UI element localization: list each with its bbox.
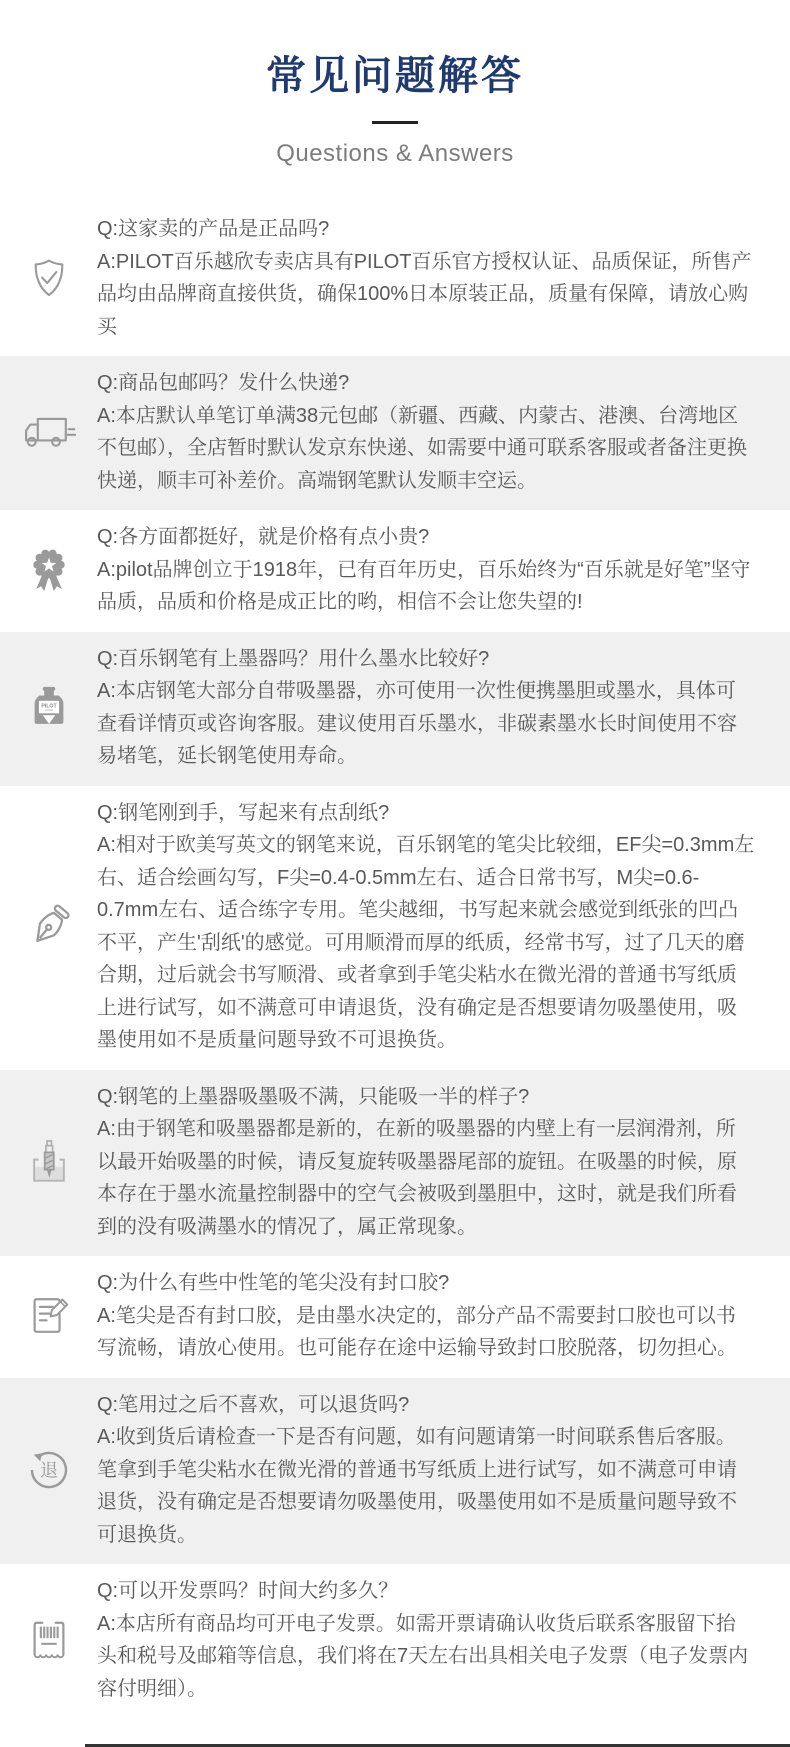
faq-answer: A:本店所有商品均可开电子发票。如需开票请确认收货后联系客服留下抬头和税号及邮箱…: [97, 1608, 755, 1706]
title-divider: [372, 121, 418, 124]
faq-question: Q:笔用过之后不喜欢，可以退货吗?: [97, 1389, 755, 1422]
svg-text:PILOT: PILOT: [41, 703, 57, 709]
faq-item: PILOT Q:百乐钢笔有上墨器吗？用什么墨水比较好? A:本店钢笔大部分自带吸…: [0, 632, 790, 786]
ink-converter-icon: [26, 1138, 72, 1186]
faq-item: Q:钢笔的上墨器吸墨吸不满，只能吸一半的样子? A:由于钢笔和吸墨器都是新的，在…: [0, 1070, 790, 1257]
faq-question: Q:百乐钢笔有上墨器吗？用什么墨水比较好?: [97, 643, 755, 676]
shield-check-icon: [27, 255, 71, 301]
faq-item: Q:商品包邮吗？发什么快递? A:本店默认单笔订单满38元包邮（新疆、西藏、内蒙…: [0, 356, 790, 510]
faq-question: Q:商品包邮吗？发什么快递?: [97, 367, 755, 400]
faq-answer: A:本店默认单笔订单满38元包邮（新疆、西藏、内蒙古、港澳、台湾地区不包邮），全…: [97, 400, 755, 498]
faq-answer: A:本店钢笔大部分自带吸墨器，亦可使用一次性便携墨胆或墨水，具体可查看详情页或咨…: [97, 675, 755, 773]
faq-answer: A:收到货后请检查一下是否有问题，如有问题请第一时间联系售后客服。笔拿到手笔尖粘…: [97, 1421, 755, 1551]
faq-answer: A:pilot品牌创立于1918年，已有百年历史，百乐始终为“百乐就是好笔”坚守…: [97, 554, 755, 619]
header-spacer: [0, 168, 790, 202]
faq-item: 退 Q:笔用过之后不喜欢，可以退货吗? A:收到货后请检查一下是否有问题，如有问…: [0, 1378, 790, 1565]
faq-item: Q:为什么有些中性笔的笔尖没有封口胶? A:笔尖是否有封口胶，是由墨水决定的，部…: [0, 1256, 790, 1378]
faq-question: Q:各方面都挺好，就是价格有点小贵?: [97, 521, 755, 554]
page-title: 常见问题解答: [0, 44, 790, 101]
faq-item: Q:钢笔刚到手，写起来有点刮纸? A:相对于欧美写英文的钢笔来说，百乐钢笔的笔尖…: [0, 786, 790, 1070]
faq-question: Q:钢笔的上墨器吸墨吸不满，只能吸一半的样子?: [97, 1081, 755, 1114]
faq-question: Q:钢笔刚到手，写起来有点刮纸?: [97, 797, 755, 830]
receipt-icon: [26, 1617, 72, 1663]
ink-bottle-icon: PILOT: [26, 684, 72, 732]
faq-page: 常见问题解答 Questions & Answers Q:这家卖的产品是正品吗?…: [0, 0, 790, 1747]
faq-answer: A:由于钢笔和吸墨器都是新的，在新的吸墨器的内壁上有一层润滑剂，所以最开始吸墨的…: [97, 1113, 755, 1243]
note-edit-icon: [26, 1293, 72, 1339]
faq-item: Q:这家卖的产品是正品吗? A:PILOT百乐越欣专卖店具有PILOT百乐官方授…: [0, 202, 790, 356]
faq-question: Q:可以开发票吗？时间大约多久？: [97, 1575, 755, 1608]
faq-question: Q:这家卖的产品是正品吗?: [97, 213, 755, 246]
page-subtitle: Questions & Answers: [0, 140, 790, 168]
delivery-truck-icon: [21, 411, 77, 453]
page-header: 常见问题解答 Questions & Answers: [0, 0, 790, 202]
pen-nib-icon: [25, 903, 73, 951]
return-icon: 退: [25, 1446, 73, 1494]
medal-icon: [26, 546, 72, 594]
faq-answer: A:相对于欧美写英文的钢笔来说，百乐钢笔的笔尖比较细，EF尖=0.3mm左右、适…: [97, 829, 755, 1057]
faq-answer: A:笔尖是否有封口胶，是由墨水决定的，部分产品不需要封口胶也可以书写流畅，请放心…: [97, 1300, 755, 1365]
faq-list: Q:这家卖的产品是正品吗? A:PILOT百乐越欣专卖店具有PILOT百乐官方授…: [0, 202, 790, 1718]
faq-item: Q:可以开发票吗？时间大约多久？ A:本店所有商品均可开电子发票。如需开票请确认…: [0, 1564, 790, 1718]
faq-question: Q:为什么有些中性笔的笔尖没有封口胶?: [97, 1267, 755, 1300]
faq-answer: A:PILOT百乐越欣专卖店具有PILOT百乐官方授权认证、品质保证，所售产品均…: [97, 246, 755, 344]
svg-text:退: 退: [40, 1460, 58, 1480]
faq-item: Q:各方面都挺好，就是价格有点小贵? A:pilot品牌创立于1918年，已有百…: [0, 510, 790, 632]
